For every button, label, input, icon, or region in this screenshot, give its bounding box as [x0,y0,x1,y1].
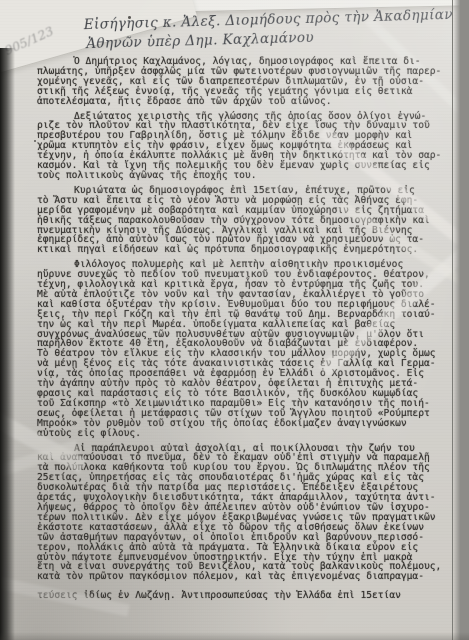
typed-paragraph: Ὁ Δημήτριος Καχλαμάνος, λόγιας, δημοσιογ… [37,57,455,107]
typed-paragraph: τεύσεις ἰδίως ἐν Λωζάνῃ. Ἀντιπροσωπεύσας… [37,591,455,601]
typed-paragraph: Φιλόλογος πολυμερὴς καὶ μὲ λεπτὴν αἰσθητ… [37,260,455,438]
typed-line: τεύσεις ἰδίως ἐν Λωζάνῃ. Ἀντιπροσωπεύσας… [37,591,455,601]
ink-speck [34,140,36,142]
scanned-document-page: Εἰσήγησις κ. Ἀλεξ. Διομήδους πρὸς τὴν Ἀκ… [0,0,469,640]
typed-paragraph: Αἱ παράπλευροι αὐταὶ ἀσχολίαι, αἱ ποικίλ… [37,444,455,583]
typed-line: ἀποτελέσματα, ἥτις ἔδρασε ἀπὸ τῶν ἀρχῶν … [37,97,455,107]
typed-line: τοὺς πολιτικοὺς ἀγῶνας τῆς ἐποχῆς του. [37,171,455,181]
typed-line: κτικαὶ πηγαὶ εἰδήσεων καὶ ὡς πρότυπα δημ… [37,245,455,255]
typed-line: αὐτοὺς εἰς φίλους. [37,429,455,439]
scan-shadow-bottom [0,632,469,640]
typed-paragraph: Δεξιώτατος χειριστὴς τῆς γλώσσης τῆς ὁπο… [37,112,455,181]
typed-line: τερον, πολλάκις ἀπὸ αὐτὰ τὰ πράγματα. Τὰ… [37,543,455,553]
scan-shadow-left [0,48,15,640]
typed-line: κατὰ τὸν πρῶτον παγκόσμιον πόλεμον, καὶ … [37,572,455,582]
typed-line: ἠθικῆς τάξεως παρακολουθοῦσαν τὴν σύγχρο… [37,216,455,226]
typed-text: Ὁ Δημήτριος Καχλαμάνος, λόγιας, δημοσιογ… [37,57,455,601]
typed-paragraph: Κυριώτατα ὡς δημοσιογράφος ἐπὶ 15ετίαν, … [37,186,455,255]
